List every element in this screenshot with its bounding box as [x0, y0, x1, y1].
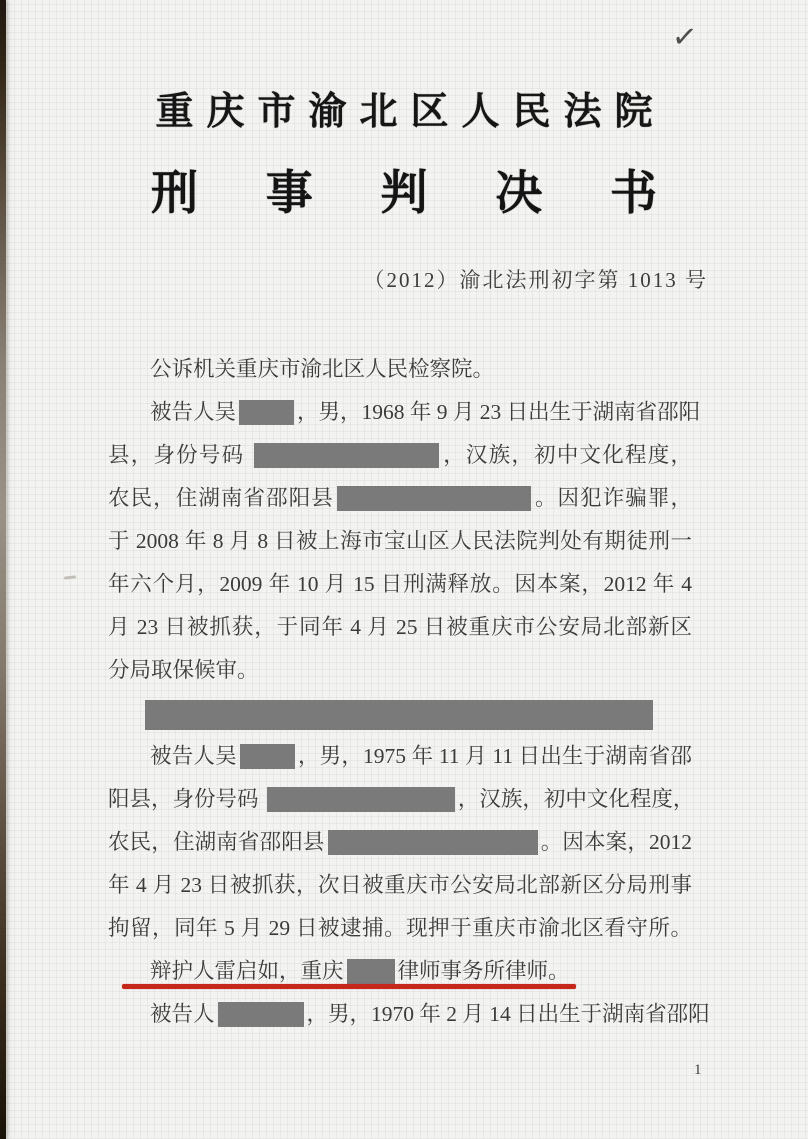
line-text: ，汉族，初中文化程度，	[442, 443, 692, 467]
line-text: 农民，住湖南省邵阳县	[108, 486, 334, 510]
redaction-box	[239, 400, 294, 425]
redacted-paragraph	[108, 692, 692, 735]
defendant1-line-5: 年六个月，2009 年 10 月 15 日刑满释放。因本案，2012 年 4	[108, 563, 692, 606]
line-text: 月 23 日被抓获，于同年 4 月 25 日被重庆市公安局北部新区	[108, 615, 692, 639]
redaction-box	[328, 830, 538, 855]
line-text: 县，身份号码	[108, 443, 251, 467]
line-text: ，汉族，初中文化程度，	[458, 787, 695, 811]
defendant1-line-7: 分局取保候审。	[108, 649, 692, 692]
defendant1-line-4: 于 2008 年 8 月 8 日被上海市宝山区人民法院判处有期徒刑一	[108, 520, 692, 563]
line-text: 被告人吴	[150, 400, 236, 424]
line-text: 被告人吴	[150, 744, 237, 768]
court-name-title: 重庆市渝北区人民法院	[0, 80, 808, 135]
redaction-box	[267, 787, 455, 812]
line-text: ，男，1970 年 2 月 14 日出生于湖南省邵阳	[307, 1002, 710, 1026]
redaction-box	[145, 700, 653, 730]
line-text: ，男，1968 年 9 月 23 日出生于湖南省邵阳	[297, 400, 700, 424]
redaction-box	[240, 744, 295, 769]
line-text: 。因犯诈骗罪，	[534, 486, 692, 510]
defendant1-line-2: 县，身份号码 ，汉族，初中文化程度，	[108, 434, 692, 477]
case-number: （2012）渝北法刑初字第 1013 号	[364, 264, 709, 294]
defendant3-line-1: 被告人，男，1970 年 2 月 14 日出生于湖南省邵阳	[108, 993, 692, 1036]
defendant1-line-3: 农民，住湖南省邵阳县。因犯诈骗罪，	[108, 477, 692, 520]
defender-line: 辩护人雷启如，重庆律师事务所律师。	[108, 950, 692, 993]
document-body: 公诉机关重庆市渝北区人民检察院。被告人吴，男，1968 年 9 月 23 日出生…	[108, 348, 692, 1036]
line-text: 年 4 月 23 日被抓获，次日被重庆市公安局北部新区分局刑事	[108, 873, 692, 897]
line-text: 于 2008 年 8 月 8 日被上海市宝山区人民法院判处有期徒刑一	[108, 529, 692, 553]
line-text: 农民，住湖南省邵阳县	[108, 830, 325, 854]
redaction-box	[254, 443, 439, 468]
defendant2-line-1: 被告人吴，男，1975 年 11 月 11 日出生于湖南省邵	[108, 735, 692, 778]
line-text: 辩护人雷启如，重庆	[150, 959, 344, 983]
defendant1-line-1: 被告人吴，男，1968 年 9 月 23 日出生于湖南省邵阳	[108, 391, 692, 434]
line-text: 公诉机关重庆市渝北区人民检察院。	[150, 357, 494, 381]
line-text: 被告人	[150, 1002, 215, 1026]
line-text: 拘留，同年 5 月 29 日被逮捕。现押于重庆市渝北区看守所。	[108, 916, 692, 940]
prosecution-line: 公诉机关重庆市渝北区人民检察院。	[108, 348, 692, 391]
line-text: 分局取保候审。	[108, 658, 259, 682]
document-type-title: 刑 事 判 决 书	[0, 156, 808, 223]
red-underline-annotation	[122, 984, 576, 989]
redaction-box	[218, 1002, 304, 1027]
defendant1-line-6: 月 23 日被抓获，于同年 4 月 25 日被重庆市公安局北部新区	[108, 606, 692, 649]
page-number: 1	[694, 1062, 702, 1079]
scanned-judgment-page: ✓ 重庆市渝北区人民法院 刑 事 判 决 书 （2012）渝北法刑初字第 101…	[0, 0, 808, 1139]
defendant2-line-2: 阳县，身份号码 ，汉族，初中文化程度，	[108, 778, 692, 821]
defendant2-line-3: 农民，住湖南省邵阳县。因本案，2012	[108, 821, 692, 864]
redaction-box	[347, 959, 395, 984]
redaction-box	[337, 486, 531, 511]
defendant2-line-5: 拘留，同年 5 月 29 日被逮捕。现押于重庆市渝北区看守所。	[108, 907, 692, 950]
handwritten-checkmark: ✓	[670, 19, 699, 56]
defendant2-line-4: 年 4 月 23 日被抓获，次日被重庆市公安局北部新区分局刑事	[108, 864, 692, 907]
scan-stray-mark	[64, 575, 76, 579]
line-text: 。因本案，2012	[541, 830, 692, 854]
line-text: 阳县，身份号码	[108, 787, 264, 811]
line-text: 律师事务所律师。	[398, 959, 570, 983]
line-text: ，男，1975 年 11 月 11 日出生于湖南省邵	[298, 744, 692, 768]
line-text: 年六个月，2009 年 10 月 15 日刑满释放。因本案，2012 年 4	[108, 572, 692, 596]
